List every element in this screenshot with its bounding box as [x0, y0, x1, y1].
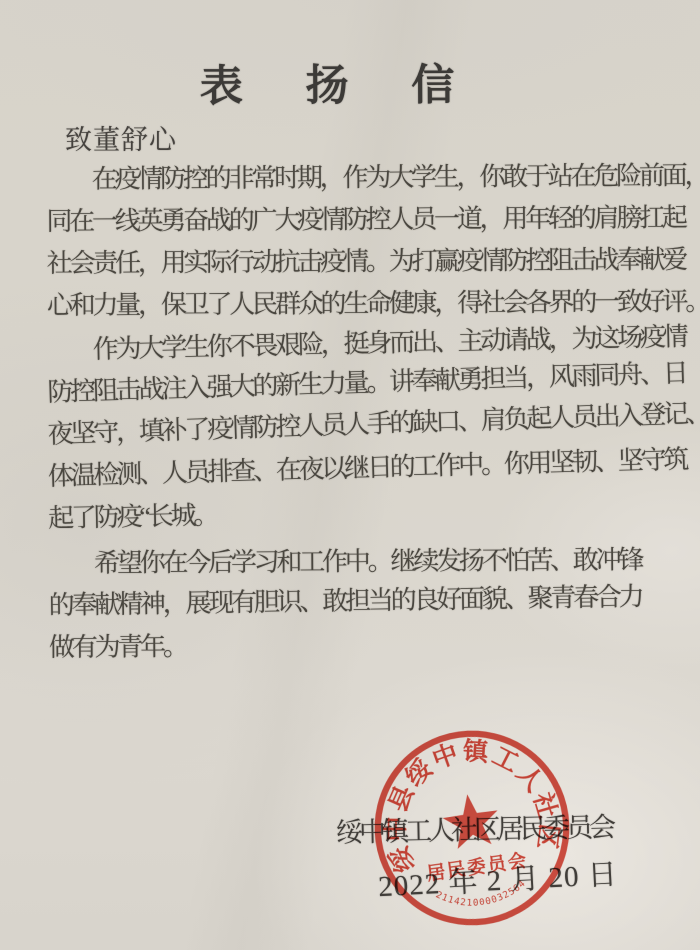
- body-line: 的奉献精神，展现有胆识、敢担当的良好面貌、聚青春合力: [48, 575, 697, 627]
- seal-star-icon: [440, 790, 502, 850]
- seal-name-text: 居民委员会: [426, 849, 530, 884]
- body-line: 在疫情防控的非常时期，作为大学生，你敢于站在危险前面，: [46, 155, 694, 201]
- letter-body: 在疫情防控的非常时期，作为大学生，你敢于站在危险前面， 同在一线英勇奋战的广大疫…: [46, 152, 697, 669]
- body-line: 做有为青年。: [49, 623, 697, 669]
- body-line: 社会责任，用实际行动抗击疫情。为打赢疫情防控阻击战奉献爱: [47, 239, 695, 285]
- salutation-line: 致董舒心: [65, 118, 177, 157]
- body-line: 同在一线英勇奋战的广大疫情防控人员一道，用年轻的肩膀扛起: [46, 197, 694, 243]
- letter-title: 表 扬 信: [0, 50, 680, 115]
- official-seal: 绥中县绥中镇工人社区 居民委员会 211421000032564: [357, 713, 587, 943]
- letter-photo: 表 扬 信 致董舒心 在疫情防控的非常时期，作为大学生，你敢于站在危险前面， 同…: [0, 0, 700, 950]
